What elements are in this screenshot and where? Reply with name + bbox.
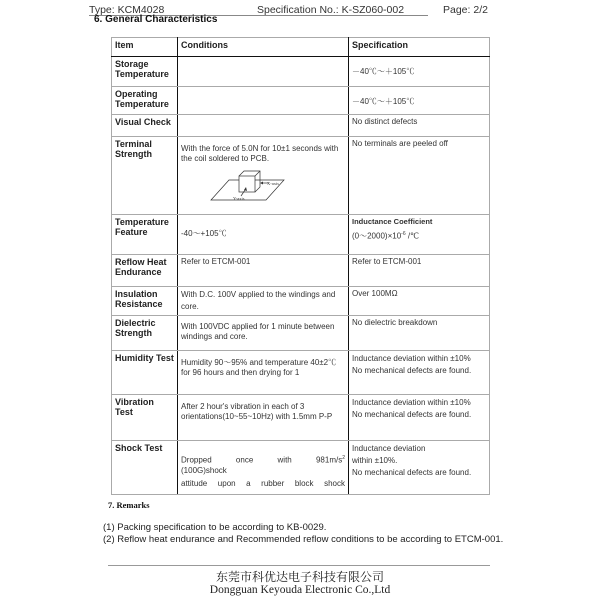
remarks-title: 7. Remarks <box>108 500 150 510</box>
table-row: Vibration Test After 2 hour's vibration … <box>112 395 490 441</box>
row-spec: Inductance deviation within ±10%. No mec… <box>349 441 490 495</box>
company-name-chinese: 东莞市科优达电子科技有限公司 <box>0 568 600 585</box>
header-page: Page: 2/2 <box>443 4 488 16</box>
column-header-conditions: Conditions <box>178 38 349 57</box>
spec-line: Inductance deviation <box>352 443 486 455</box>
shock-exponent: 2 <box>342 455 345 461</box>
x-axis-label: X-axis <box>267 181 279 186</box>
coefficient-unit: /℃ <box>406 232 419 241</box>
table-row: Terminal Strength With the force of 5.0N… <box>112 137 490 215</box>
company-name-english: Dongguan Keyouda Electronic Co.,Ltd <box>0 584 600 596</box>
shock-text: Dropped once with 981m/s <box>181 456 342 465</box>
coefficient-base: (0～2000)×10 <box>352 232 401 241</box>
table-row: Shock Test Dropped once with 981m/s2 (10… <box>112 441 490 495</box>
table-row: Operating Temperature －40℃～＋105℃ <box>112 87 490 115</box>
row-conditions: With the force of 5.0N for 10±1 seconds … <box>178 137 349 215</box>
row-conditions: With D.C. 100V applied to the windings a… <box>178 287 349 316</box>
row-conditions: Refer to ETCM-001 <box>178 255 349 287</box>
table-row: Reflow Heat Endurance Refer to ETCM-001 … <box>112 255 490 287</box>
table-header-row: Item Conditions Specification <box>112 38 490 57</box>
table-row: Dielectric Strength With 100VDC applied … <box>112 316 490 351</box>
row-spec: －40℃～＋105℃ <box>349 87 490 115</box>
characteristics-table: Item Conditions Specification Storage Te… <box>111 37 490 495</box>
remark-item: (2) Reflow heat endurance and Recommende… <box>103 534 503 545</box>
row-spec: No distinct defects <box>349 115 490 137</box>
table-row: Storage Temperature －40℃～＋105℃ <box>112 57 490 87</box>
row-item: Humidity Test <box>112 351 178 395</box>
row-conditions <box>178 87 349 115</box>
shock-conditions-line3: attitude upon a rubber block shock <box>181 479 345 489</box>
row-item: Reflow Heat Endurance <box>112 255 178 287</box>
spec-line: No mechanical defects are found. <box>352 409 486 421</box>
row-conditions: Humidity 90～95% and temperature 40±2℃ fo… <box>178 351 349 395</box>
row-conditions: After 2 hour's vibration in each of 3 or… <box>178 395 349 441</box>
table-row: Temperature Feature -40～+105℃ Inductance… <box>112 215 490 255</box>
spec-line: No mechanical defects are found. <box>352 365 486 377</box>
row-item: Storage Temperature <box>112 57 178 87</box>
spec-line: No mechanical defects are found. <box>352 467 486 479</box>
terminal-strength-diagram: X-axis Y-axis <box>209 170 289 202</box>
spec-line: within ±10%. <box>352 455 486 467</box>
terminal-strength-conditions-text: With the force of 5.0N for 10±1 seconds … <box>181 144 345 164</box>
spec-line: Inductance deviation within ±10% <box>352 353 486 365</box>
table-row: Insulation Resistance With D.C. 100V app… <box>112 287 490 316</box>
row-conditions <box>178 57 349 87</box>
section-title-general-characteristics: 6. General Characteristics <box>94 14 217 25</box>
row-item: Visual Check <box>112 115 178 137</box>
row-item: Temperature Feature <box>112 215 178 255</box>
row-spec: Inductance deviation within ±10% No mech… <box>349 395 490 441</box>
row-conditions: Dropped once with 981m/s2 (100G)shock at… <box>178 441 349 495</box>
row-spec: －40℃～＋105℃ <box>349 57 490 87</box>
row-spec: Over 100MΩ <box>349 287 490 316</box>
column-header-item: Item <box>112 38 178 57</box>
row-spec: Refer to ETCM-001 <box>349 255 490 287</box>
column-header-specification: Specification <box>349 38 490 57</box>
table-row: Humidity Test Humidity 90～95% and temper… <box>112 351 490 395</box>
y-axis-label: Y-axis <box>233 196 245 201</box>
spec-line: Inductance deviation within ±10% <box>352 397 486 409</box>
row-item: Shock Test <box>112 441 178 495</box>
footer-divider <box>108 565 490 566</box>
table-row: Visual Check No distinct defects <box>112 115 490 137</box>
row-conditions: -40～+105℃ <box>178 215 349 255</box>
row-item: Insulation Resistance <box>112 287 178 316</box>
row-spec: Inductance Coefficient (0～2000)×10-6 /℃ <box>349 215 490 255</box>
row-item: Operating Temperature <box>112 87 178 115</box>
shock-conditions-line1: Dropped once with 981m/s2 <box>181 453 345 466</box>
shock-conditions-line2: (100G)shock <box>181 466 345 476</box>
row-spec: Inductance deviation within ±10% No mech… <box>349 351 490 395</box>
row-spec: No dielectric breakdown <box>349 316 490 351</box>
row-conditions <box>178 115 349 137</box>
inductance-coefficient-value: (0～2000)×10-6 /℃ <box>352 229 486 242</box>
remark-item: (1) Packing specification to be accordin… <box>103 522 326 533</box>
inductance-coefficient-label: Inductance Coefficient <box>352 217 486 227</box>
row-item: Dielectric Strength <box>112 316 178 351</box>
row-item: Terminal Strength <box>112 137 178 215</box>
row-conditions: With 100VDC applied for 1 minute between… <box>178 316 349 351</box>
row-item: Vibration Test <box>112 395 178 441</box>
row-spec: No terminals are peeled off <box>349 137 490 215</box>
